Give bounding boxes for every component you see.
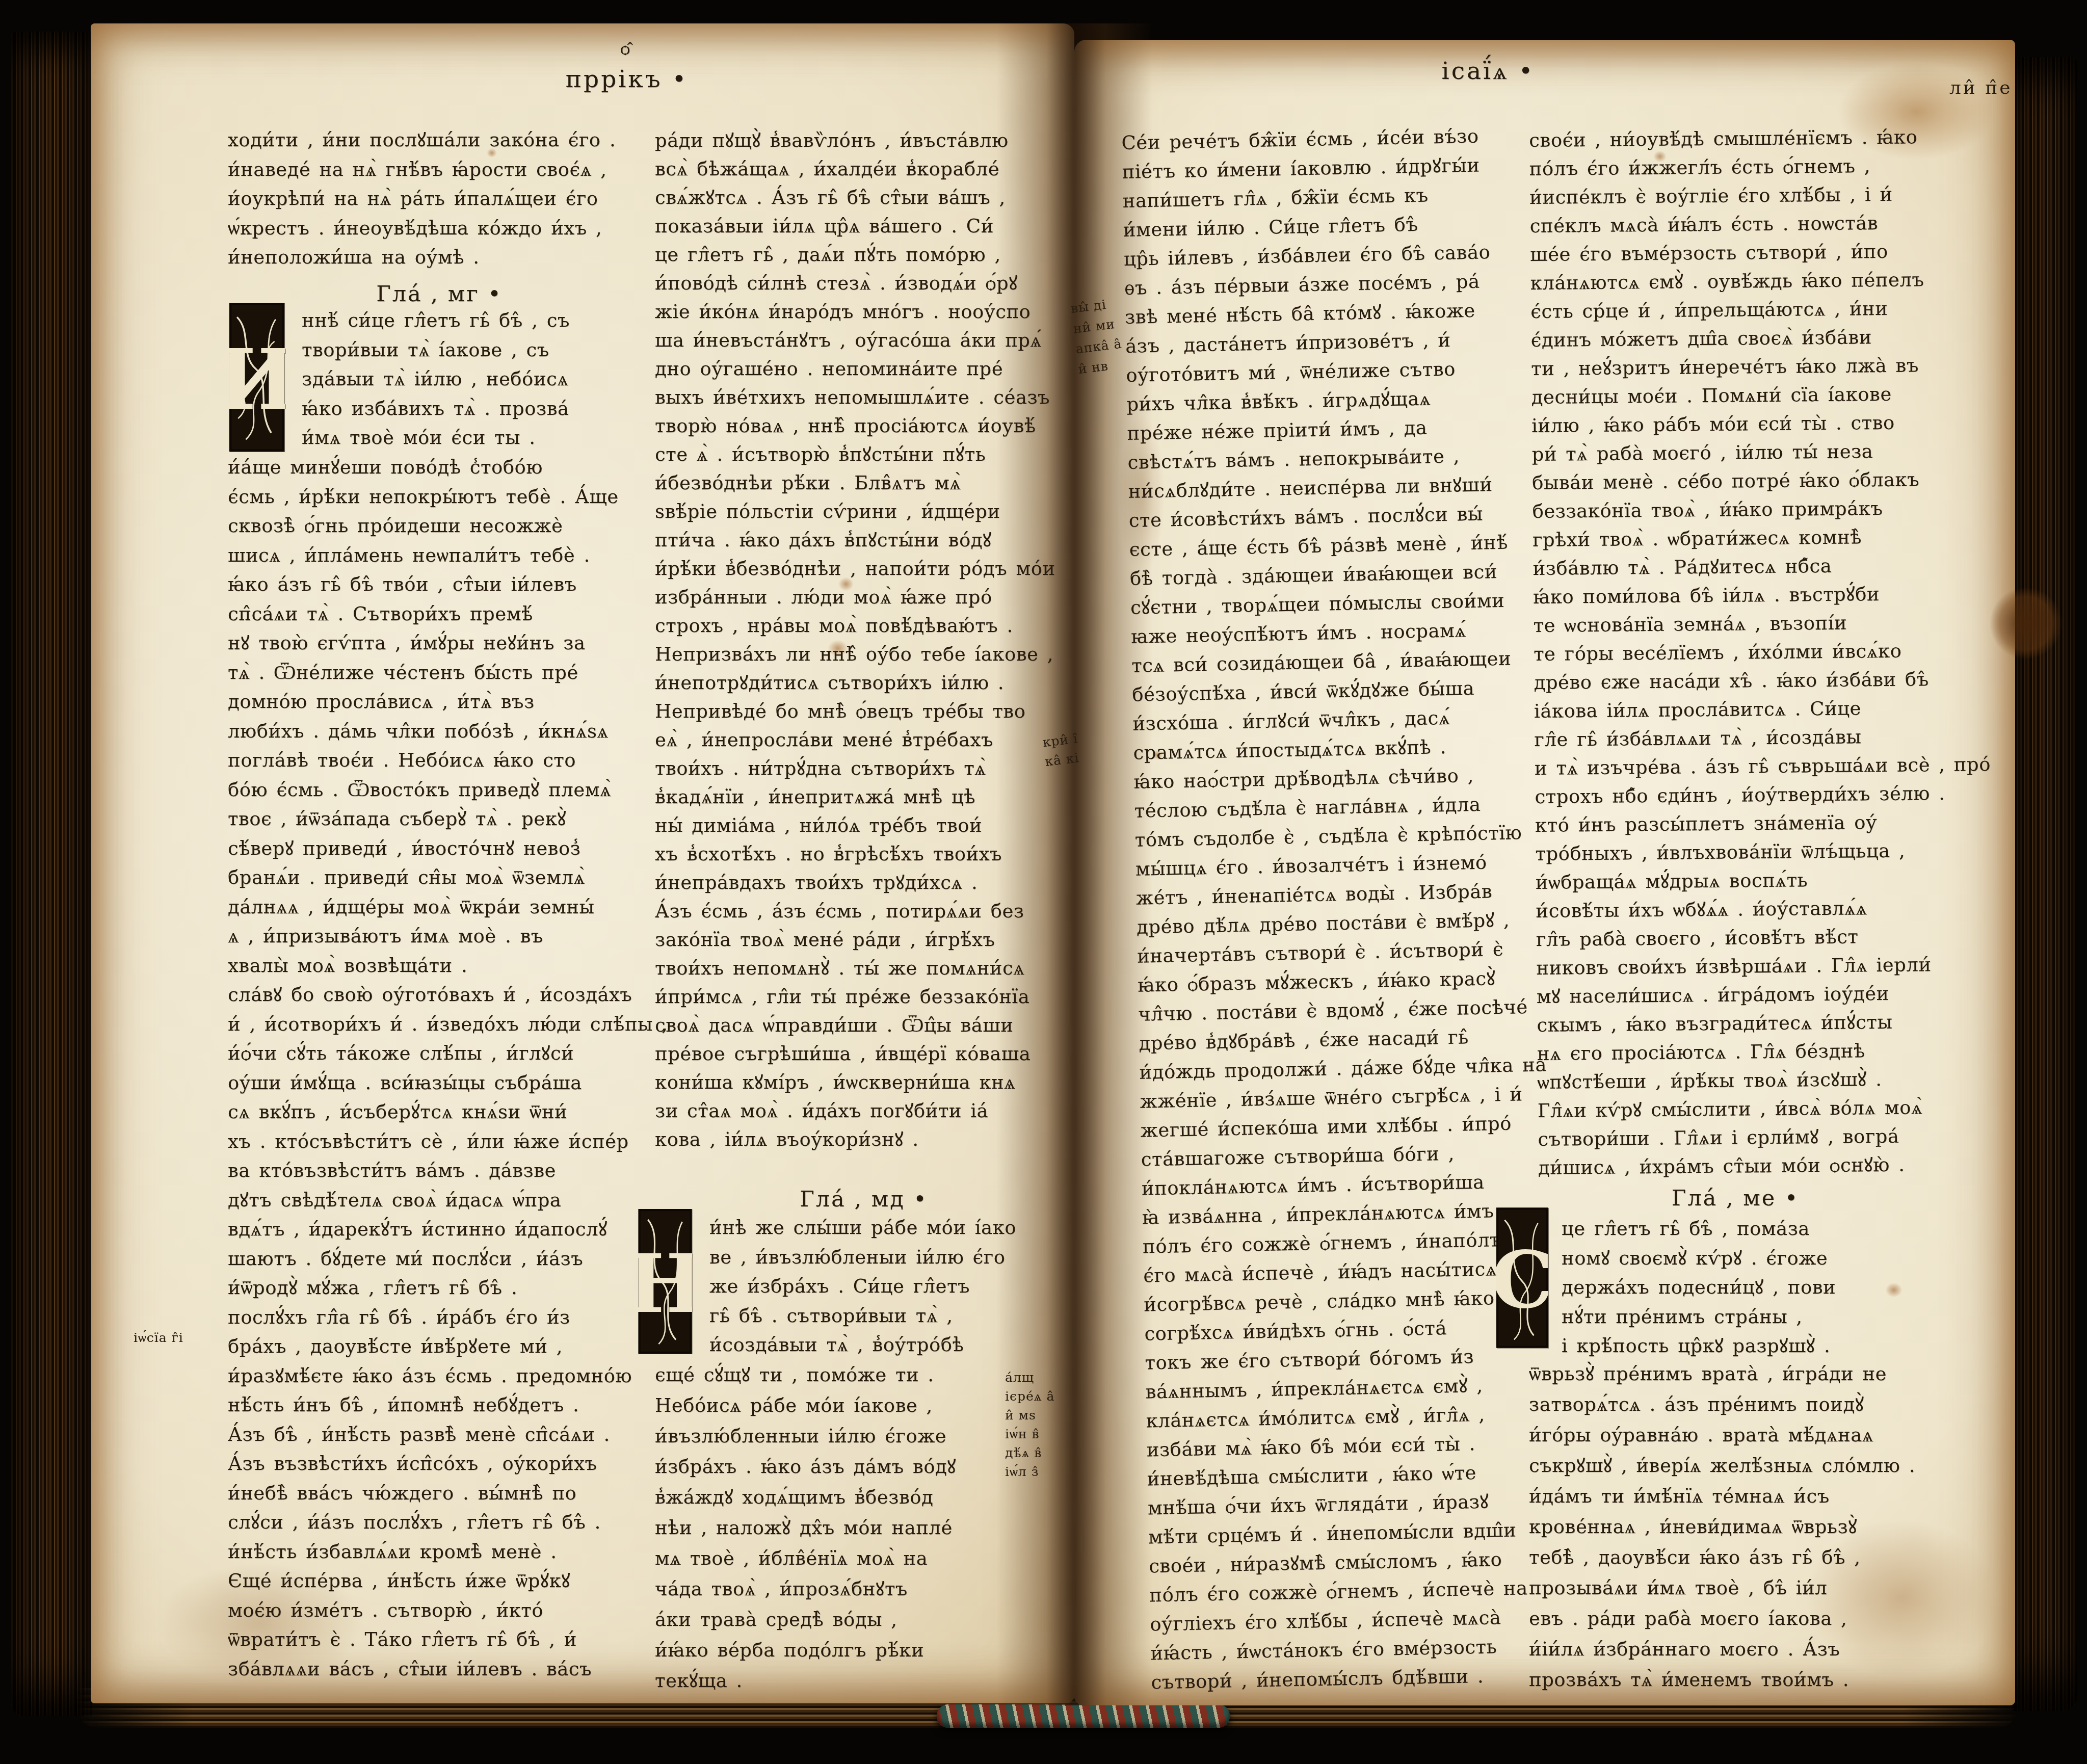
text-line: и́непотрꙋди́тисѧ сътвори́хъ іи́лю . [655,669,1073,697]
folio-number: ли̂ п̂е [1949,77,2013,98]
text-line: є́динъ мо́жетъ дш̂а своєѧ̀ и́зба́ви [1530,323,1943,355]
margin-references-right-top: вы̂ діни̂ миапка̂ а̂и̂ нв [1070,293,1126,380]
running-head-left-ornament: ѻ̂ [620,39,630,59]
text-line: сътвори́ши . Гл̂ѧи і єрли́мꙋ , вогра́ [1538,1122,1950,1154]
text-line: крове́ннаѧ , и́неви́димаѧ ѿврьзꙋ̀ [1529,1512,1942,1542]
svg-text:С: С [1496,1234,1548,1326]
right-col2-body-text: своє́и , ни́оувѣ́дѣ смышле́нїємъ . ꙗ́коп… [1529,123,1951,1182]
text-line: и́небѣ̀ вва́съ чю́ждего . вы́мнѣ̀ по [228,1479,651,1508]
text-line: и́нѣ же слы́ши ра́бе мо́и і́ако [709,1213,1071,1243]
text-line: оу́ши и́мꙋ́ща . вси́ꙗзы́цы събра́ша [228,1068,651,1098]
ornate-initial-I: И [228,303,285,452]
text-line: ѧ , и́призыва́ютъ и́мѧ моѐ . въ [228,922,651,951]
ornate-initial-S: С [1496,1206,1548,1350]
text-line: и́ѡбраща́ѧ мꙋ́дрыѧ воспѧ́ть [1536,865,1948,897]
left-col2-body-text: ра́ди пꙋщꙋ̀ в̾вавѷло́нъ , и́въста́влювсѧ… [655,126,1073,1154]
text-line: и́а́ще минꙋ́еши пово́дѣ с̾тобо́ю [228,453,651,482]
text-line: ѕвѣ́ріе по́льстіи сѵ́рини , и́дще́ри [655,497,1073,526]
text-line: и́безво́днѣи рѣ́ки . Блв̂ѧтъ мѧ̀ [655,469,1073,497]
text-line: десни́цы моє́и . Помѧни́ сїа і́акове [1531,380,1944,412]
text-line: гь̂ бъ̂ . сътвори́выи тѧ̀ , [709,1301,1071,1331]
text-line: ннѣ́ си́це гл̂етъ гь̂ бъ̂ , съ [302,306,653,335]
text-line: дно оу́гаше́но . непомина́ите пре́ [655,355,1073,383]
text-line: ти , неꙋ́зритъ и́нерече́тъ ꙗ́ко лжа̀ въ [1531,351,1944,383]
text-line: слꙋ́си , и́а́зъ послꙋ́хъ , гл̂етъ гь̂ бъ… [228,1508,651,1537]
text-line: и́мѧ твоѐ мо́и є́си ты . [302,423,653,453]
text-line: показа́выи іи́лѧ цр̂ѧ ва́шего . Си́ [655,212,1073,241]
text-line: сѣ́верꙋ приведи́ , и́восто́чнꙋ невоз̾ [228,834,651,863]
text-line: іѡ́н в̂ [1005,1425,1054,1443]
text-line: твои́хъ непомѧнꙋ̀ . ты́ же помѧни́сѧ [655,954,1073,983]
text-line: творю̀ но́ваѧ , ннѣ̂ просіа́ютсѧ и́оувѣ́ [655,412,1073,440]
text-line: держа́хъ подесни́цꙋ , пови [1562,1273,1918,1302]
text-line: и́ѻ́чи сꙋ́ть та́коже слѣ́пы , и́глꙋси́ [228,1039,651,1068]
text-line: послꙋ́хъ гл̂а гь̂ бъ̂ . и́ра́бъ є́го и́з [228,1303,651,1332]
text-line: зба́влѧѧи ва́съ , ст̂ыи іи́левъ . ва́съ [228,1654,651,1684]
text-line: затворѧ́тсѧ . а́зъ пре́нимъ поидꙋ̀ [1529,1389,1942,1420]
text-line: и̂ мѕ [1005,1406,1054,1425]
text-line: і крѣ́пость цр̂кꙋ разрꙋшꙋ̀ . [1562,1331,1918,1361]
text-line: в̾жа́ждꙋ ходѧ́щимъ в̾безво́д [655,1482,1073,1513]
left-col1-body-text: и́а́ще минꙋ́еши пово́дѣ с̾тобо́ює́смь , … [228,453,651,1683]
text-line: и́испе́клъ є̀ воу́гліе є́го хлѣ́бы , і и… [1529,180,1942,212]
text-line: и́да́мъ ти и́мѣ́нїѧ те́мнаѧ и́съ [1529,1481,1942,1512]
running-head-isaiah: ісаї́ѧ • [1379,57,1598,85]
right-col1-body-text: Се́и рече́тъ бж̂їи є́смь , и́се́и въ́зоп… [1121,120,1579,1697]
text-line: Єще́ и́спе́рва , и́нѣ́сть и́же ѿрꙋ́кꙋ [228,1566,651,1596]
left-fore-edge-pages [11,32,92,1716]
text-line: и́при́мсѧ , гл̂и ты́ пре́же беззако́нїа [655,983,1073,1011]
text-line: А́зъ възвѣсти́хъ и́сп̂со́хъ , оу́кори́хъ [228,1449,651,1479]
text-line: сте ѧ̀ . и́сътворю̀ в̾пꙋсты́ни пꙋ́ть [655,440,1073,469]
chapter-heading-45: Гла́ , ме • [1529,1186,1942,1211]
text-line: твоє , и́ѿза́пада съберꙋ̀ тѧ̀ . рекꙋ̀ [228,804,651,834]
text-line: ны́ диміа́ма , ни́ло́ѧ тре́бъ твои́ [655,811,1073,840]
text-line: номꙋ своємꙋ̀ кѵ́рꙋ . є́гоже [1562,1244,1918,1273]
text-line: хъ . кто́съвѣсти́тъ сѐ , и́ли ꙗ́же и́спе… [228,1127,651,1156]
text-line: и́разꙋмѣ́єте ꙗ́ко а́зъ є́смь . предомно́… [228,1361,651,1391]
text-line: свѧ́жꙋтсѧ . А́зъ гь̂ бъ̂ ст̂ыи ва́шъ , [655,183,1073,212]
text-line: а́ки трава̀ средѣ̀ во́ды , [655,1604,1073,1635]
text-line: избра́нныи . лю́ди моѧ̀ ꙗ́же про́ [655,583,1073,612]
text-line: нꙋ́ти пре́нимъ стра́ны , [1562,1302,1918,1332]
text-line: зда́выи тѧ̀ іи́лю , небо́исѧ [302,364,653,394]
text-line: ѿврати́тъ є̀ . Та́ко гл̂етъ гь̂ бъ̂ , и́ [228,1625,651,1654]
text-line: прозыва́ѧи и́мѧ твоѐ , бъ̂ іи́л [1529,1573,1942,1603]
text-line: мꙋ насели́шисѧ . и́гра́домъ іоу́де́и [1537,979,1949,1011]
text-line: и́зба́влю тѧ̀ . Ра́дꙋитесѧ нб̂са [1533,551,1945,583]
left-col1-chapter43-opening: ннѣ́ си́це гл̂етъ гь̂ бъ̂ , сътвори́выи … [302,306,653,453]
text-line: це гл̂етъ гь̂ , даѧ́и пꙋ́ть помо́рю , [655,241,1073,269]
text-line: твои́хъ . ни́трꙋ́дна сътвори́хъ тѧ̀ [655,754,1073,783]
text-line: выхъ и́ве́тхихъ непомышлѧ́ите . се́азъ [655,383,1073,412]
text-line: а́лщ [1005,1368,1054,1387]
text-line: и́ , и́сотвори́хъ и́ . и́зведо́хъ лю́ди … [228,1010,651,1039]
text-line: ча́да твоѧ̀ , и́прозѧ́бнꙋтъ [655,1574,1073,1604]
text-line: хъ в̾схотѣ́хъ . но в̾грѣсѣ́хъ твои́хъ [655,840,1073,868]
text-line: ва кто́възвѣсти́тъ ва́мъ . да́взве [228,1156,651,1186]
text-line: еѧ̀ , и́непросла́ви мене́ в̾тре́бахъ [655,726,1073,754]
text-line: евъ . ра́ди раба̀ моєго і́акова , [1529,1603,1942,1634]
text-line: нѣи , наложꙋ̀ дх̂ъ мо́и напле́ [655,1513,1073,1543]
text-line: и́го́ры оу́равна́ю . врата̀ мѣ́дѧнаѧ [1529,1420,1942,1451]
text-line: по́лъ є́го и́жжегл́ъ є́сть ѻ́гнемъ , [1529,151,1942,183]
text-line: те ѡснова́нїа земна́ѧ , възопі́и [1533,608,1946,640]
text-line: скымъ , ꙗ́ко възгради́тесѧ и́пꙋ́сты [1537,1008,1949,1040]
chapter-heading-43: Гла́ , мг • [228,281,651,307]
left-col1-chapter42-end: ходи́ти , и́ни послꙋша́ли зако́на є́го .… [228,125,651,272]
text-line: и́неположи́ша на оу́мѣ . [228,243,651,272]
photographed-open-bible: пррікъ • ѻ̂ ісаї́ѧ • ли̂ п̂е ходи́ти , и… [0,0,2087,1764]
text-line: іа́кова іи́лѧ просла́витсѧ . Си́це [1534,694,1947,726]
text-line: ѡ́крестъ . и́неоувѣ́дѣша ко́ждо и́хъ , [228,214,651,243]
text-line: и́непра́вдахъ твои́хъ трꙋди́хсѧ . [655,868,1073,897]
text-line: пре́вое съгрѣши́ша , и́вще́рї ко́ваша [655,1040,1073,1068]
text-line: да́лнѧѧ , и́дще́ры моѧ̀ ѿкра́и земны́ [228,892,651,922]
text-line: дѣ́ѧ в̂ [1005,1443,1054,1462]
text-line: ꙗ́ко изба́вихъ тѧ̀ . прозва́ [302,394,653,424]
text-line: Непризва́хъ ли ннѣ̂ оу́бо тебе і́акове , [655,640,1073,669]
running-head-right-text: ісаї́ѧ • [1442,57,1535,85]
text-line: текꙋ́ща . [655,1666,1073,1696]
text-line: Гл̂ѧи кѵ́рꙋ смы́слити , и́всѧ̀ во́лѧ моѧ… [1538,1093,1950,1125]
text-line: беззако́нїа твоѧ̀ , и́ꙗ́ко примра́къ [1532,494,1945,526]
text-line: спе́клъ мѧса̀ и́ꙗ́лъ є́сть . ноѡста́в [1529,208,1942,241]
text-line: ве , и́възлю́бленыи іи́лю є́го [709,1243,1071,1272]
svg-text:И: И [228,332,285,429]
text-line: мѧ твоѐ , и́блв̂е́нїѧ моѧ̀ на [655,1543,1073,1574]
text-line: строхъ , нра́вы моѧ̀ повѣ́дѣваю́тъ . [655,612,1073,640]
margin-references-left-gutter: а́лщієре́ѧ а̂и̂ мѕіѡ́н в̂дѣ́ѧ в̂іѡ́л з̂ [1005,1368,1054,1481]
text-line: сквозѣ̀ ѻ́гнь про́идеши несожжѐ [228,511,651,541]
text-line: гл̂е гь̂ и́зба́влѧѧи тѧ̀ , и́созда́вы [1534,722,1947,754]
text-line: и́ѿродꙋ̀ мꙋ́жа , гл̂етъ гь̂ бъ̂ . [228,1273,651,1303]
text-line: ше́е є́го въме́рзость сътвори́ , и́по [1530,237,1943,269]
text-line: в̾кадѧ́нїи , и́непритѧжа́ мнѣ̀ цѣ [655,783,1073,811]
text-line: ри́ тѧ̀ раба̀ моєго́ , іи́лю ты́ неза [1531,437,1944,469]
text-line: и́нѣ́сть и́збавлѧ́ѧи кромѣ̀ менѐ . [228,1537,651,1567]
text-line: бра́хъ , даоувѣ́сте и́вѣ́рꙋете ми́ , [228,1332,651,1361]
text-line: тебѣ̀ , даоувѣ́си ꙗ́ко а́зъ гь̂ бъ̂ , [1529,1542,1942,1573]
text-line: ѿврьзꙋ̀ пре́нимъ врата̀ , и́гра́ди не [1529,1359,1942,1389]
text-line: А́зъ є́смь , а́зъ є́смь , потирѧ́ѧи без [655,897,1073,926]
margin-reference-hosea: іѡ́сїа г̂і [134,1328,183,1348]
ornate-initial-N: Н [638,1209,692,1354]
text-line: и́рѣ́ки в̾безво́днѣи , напои́ти ро́дъ мо… [655,555,1073,583]
text-line: кони́ша кꙋмі́ръ , и́ѡскверни́ша кнѧ [655,1068,1073,1097]
text-line: нѧ єго просіа́ютсѧ . Гл̂ѧ бе́зднѣ [1537,1036,1950,1068]
text-line: твори́выи тѧ̀ і́акове , съ [302,335,653,365]
text-line: погла́вѣ твоє́и . Небо́исѧ ꙗ́ко сто [228,746,651,775]
text-line: шисѧ , и́пла́мень неѡпали́тъ тебѐ . [228,541,651,570]
text-line: це гл̂етъ гь̂ бъ̂ , пома́за [1562,1214,1918,1244]
text-line: вдѧ́тъ , и́дарекꙋ́тъ и́стинно и́дапослꙋ́ [228,1215,651,1244]
text-line: ꙗ́ко поми́лова бъ̂ іи́лѧ . въстрꙋ́би [1533,580,1946,612]
text-line: люби́хъ . да́мь чл̂ки побо́зѣ , и́кнѧ́ѕѧ [228,717,651,746]
text-line: бо́ю є́смь . Ѿвосто́къ приведꙋ̀ племѧ̀ [228,775,651,805]
margin-references-right-mid: кри̂ і̂ка̂ кі [1042,729,1081,772]
text-line: ходи́ти , и́ни послꙋша́ли зако́на є́го . [228,125,651,155]
text-line: шаютъ . бꙋ́дете ми́ послꙋ́си , и́а́зъ [228,1244,651,1274]
text-line: дре́во єже наса́ди хъ̂ . ꙗ́ко и́зба́ви б… [1534,665,1946,697]
text-line: тро́бныхъ , и́влъхвова́нїи ѿлъ́щьца , [1535,836,1948,868]
text-line: моє́ю и́зме́тъ . сътворю̀ , и́кто́ [228,1596,651,1625]
text-line: ди́шисѧ , и́хра́мъ ст̂ыи мо́и ѻснꙋю̀ . [1538,1150,1951,1182]
text-line: ѡпꙋстѣ́еши , и́рѣ́кы твоѧ̀ и́зсꙋшꙋ̀ . [1537,1065,1950,1097]
text-line: грѣхи́ твоѧ̀ . ѡбрати́жесѧ комнѣ̀ [1533,522,1945,555]
left-col2-chapter44-opening: и́нѣ же слы́ши ра́бе мо́и і́акове , и́въ… [709,1213,1071,1360]
text-line: є́сть ср́це и́ , и́прельща́ютсѧ , и́ни [1530,294,1943,326]
text-line: зако́нїа твоѧ̀ мене́ ра́ди , и́грѣ́хъ [655,926,1073,954]
text-line: никовъ свои́хъ и́звѣрша́ѧи . Гл̂ѧ іерли́ [1536,951,1949,983]
text-line: зи ст̂аѧ моѧ̀ . и́да́хъ погꙋби́ти іа́ [655,1097,1073,1125]
text-line: ра́ди пꙋщꙋ̀ в̾вавѷло́нъ , и́въста́влю [655,126,1073,155]
text-line: кова , іи́лѧ въоу́кори́знꙋ . [655,1125,1073,1154]
text-line: А́зъ бъ̂ , и́нѣ́сть развѣ̀ менѐ сп̂са́ѧи… [228,1420,651,1450]
chapter-heading-44: Гла́ , мд • [655,1187,1073,1212]
text-line: ꙗ́ко а́зъ гь̂ бъ̂ тво́и , ст̂ыи іи́левъ [228,570,651,599]
text-line: сѧ вкꙋ́пъ , и́съберꙋ́тсѧ кнѧ́ѕи ѿни́ [228,1097,651,1127]
text-line: же и́збра́хъ . Си́це гл̂етъ [709,1272,1071,1301]
text-line: кла́нѧютсѧ ємꙋ̀ . оувѣ́ждь ꙗ́ко пе́пелъ [1530,266,1943,298]
text-line: бранѧ́и . приведи́ сн̂ы моѧ̀ ѿземлѧ̀ [228,863,651,892]
svg-text:Н: Н [638,1237,692,1331]
text-line: и́ꙗ́ко ве́рба подо́лгъ рѣ́ки [655,1635,1073,1666]
text-line: нѣ́сть и́нъ бъ̂ , и́помнѣ̀ небꙋ́детъ . [228,1390,651,1420]
text-line: и тѧ̀ изъчре́ва . а́зъ гь̂ съврьша́ѧи вс… [1535,751,1947,783]
text-line: те го́ры весе́лїемъ , и́хо́лми и́всѧ́ко [1534,637,1946,669]
text-line: ша и́невъста́нꙋтъ , оу́гасо́ша а́ки прѧ́ [655,326,1073,355]
running-head-prophet: пррікъ • ѻ̂ [517,65,736,93]
running-head-left-text: пррікъ • [566,65,688,93]
text-line: и́созда́выи тѧ̀ , в̾оу́тро́бѣ [709,1330,1071,1360]
text-line: всѧ̀ бѣжа́щаѧ , и́халде́и в̾корабле́ [655,155,1073,183]
right-col2-chapter45-opening: це гл̂етъ гь̂ бъ̂ , пома́заномꙋ своємꙋ̀ … [1562,1214,1918,1361]
right-col2-lower-text: ѿврьзꙋ̀ пре́нимъ врата̀ , и́гра́ди незат… [1529,1359,1942,1695]
text-line: и́наведе́ на нѧ̀ гнѣ́въ ꙗ́рости своє́ѧ , [228,155,651,185]
text-line: быва́и менѐ . се́бо потре́ ꙗ́ко ѻ́блакъ [1532,465,1945,497]
text-line: хвалы̀ моѧ̀ возвѣща́ти . [228,951,651,981]
text-line: и́совѣ́ты и́хъ ѡбꙋѧ́ѧ . и́оу́ставлѧ́ѧ [1536,893,1948,926]
text-line: жіе и́ко́нѧ и́наро́дъ мно́гъ . нооу́спо [655,298,1073,326]
text-line: и́пово́дѣ си́лнѣ стезѧ̀ . и́зводѧ́и ѻ́рꙋ [655,269,1073,298]
text-line: пти́ча . ꙗ́ко да́хъ в̾пꙋсты́ни во́дꙋ [655,526,1073,555]
text-line: строхъ нб̂о єди́нъ , и́оу́тверди́хъ зе́л… [1535,779,1947,811]
text-line: и́оукрѣпи́ на нѧ̀ ра́ть и́палѧ́щеи є́го [228,184,651,214]
text-line: ієре́ѧ а̂ [1005,1387,1054,1406]
endband-braid [937,1704,1230,1728]
text-line: іѡ́л з̂ [1005,1462,1054,1481]
text-line: своє́и , ни́оувѣ́дѣ смышле́нїємъ . ꙗ́ко [1529,123,1942,155]
text-line: тѧ̀ . Ѿне́лиже че́стенъ бы́сть пре́ [228,658,651,688]
text-line: прозва́хъ тѧ̀ и́менемъ твои́мъ . [1529,1665,1942,1695]
text-line: кто́ и́нъ разсы́плетъ зна́менїа оу́ [1535,808,1948,840]
text-line: сла́вꙋ бо свою̀ оу́гото́вахъ и́ , и́созд… [228,980,651,1010]
text-line: Непривѣде́ бо мнѣ̀ ѻ́вецъ тре́бы тво [655,697,1073,726]
text-line: и́іи́лѧ и́збра́ннаго моєго . А́зъ [1529,1634,1942,1665]
text-line: сп̂са́ѧи тѧ̀ . Сътвори́хъ премѣ́ [228,599,651,629]
text-line: дꙋтъ свѣдѣ́телѧ своѧ̀ и́дасѧ ѡ́пра [228,1186,651,1215]
right-fore-edge-pages [2012,57,2077,1711]
text-line: іи́лю , ꙗ́ко ра́бъ мо́и єси́ ты̀ . ство [1531,408,1944,440]
text-line: своѧ̀ дасѧ ѡ́правди́ши . Ѿц̂ы ва́ши [655,1011,1073,1040]
text-line: гл̂ъ раба̀ своєго , и́совѣ́тъ вѣ́ст [1536,922,1949,954]
text-line: съкрꙋшꙋ̀ , и́вері́ѧ желѣ́зныѧ сло́млю . [1529,1451,1942,1481]
text-line: нꙋ твою̀ єгѵ́пта , и́мꙋ́ры неꙋи́нъ за [228,628,651,658]
text-line: є́смь , и́рѣ́ки непокры́ютъ тебѐ . А́ще [228,482,651,512]
text-line: домно́ю просла́висѧ , и́тѧ̀ въз [228,687,651,717]
